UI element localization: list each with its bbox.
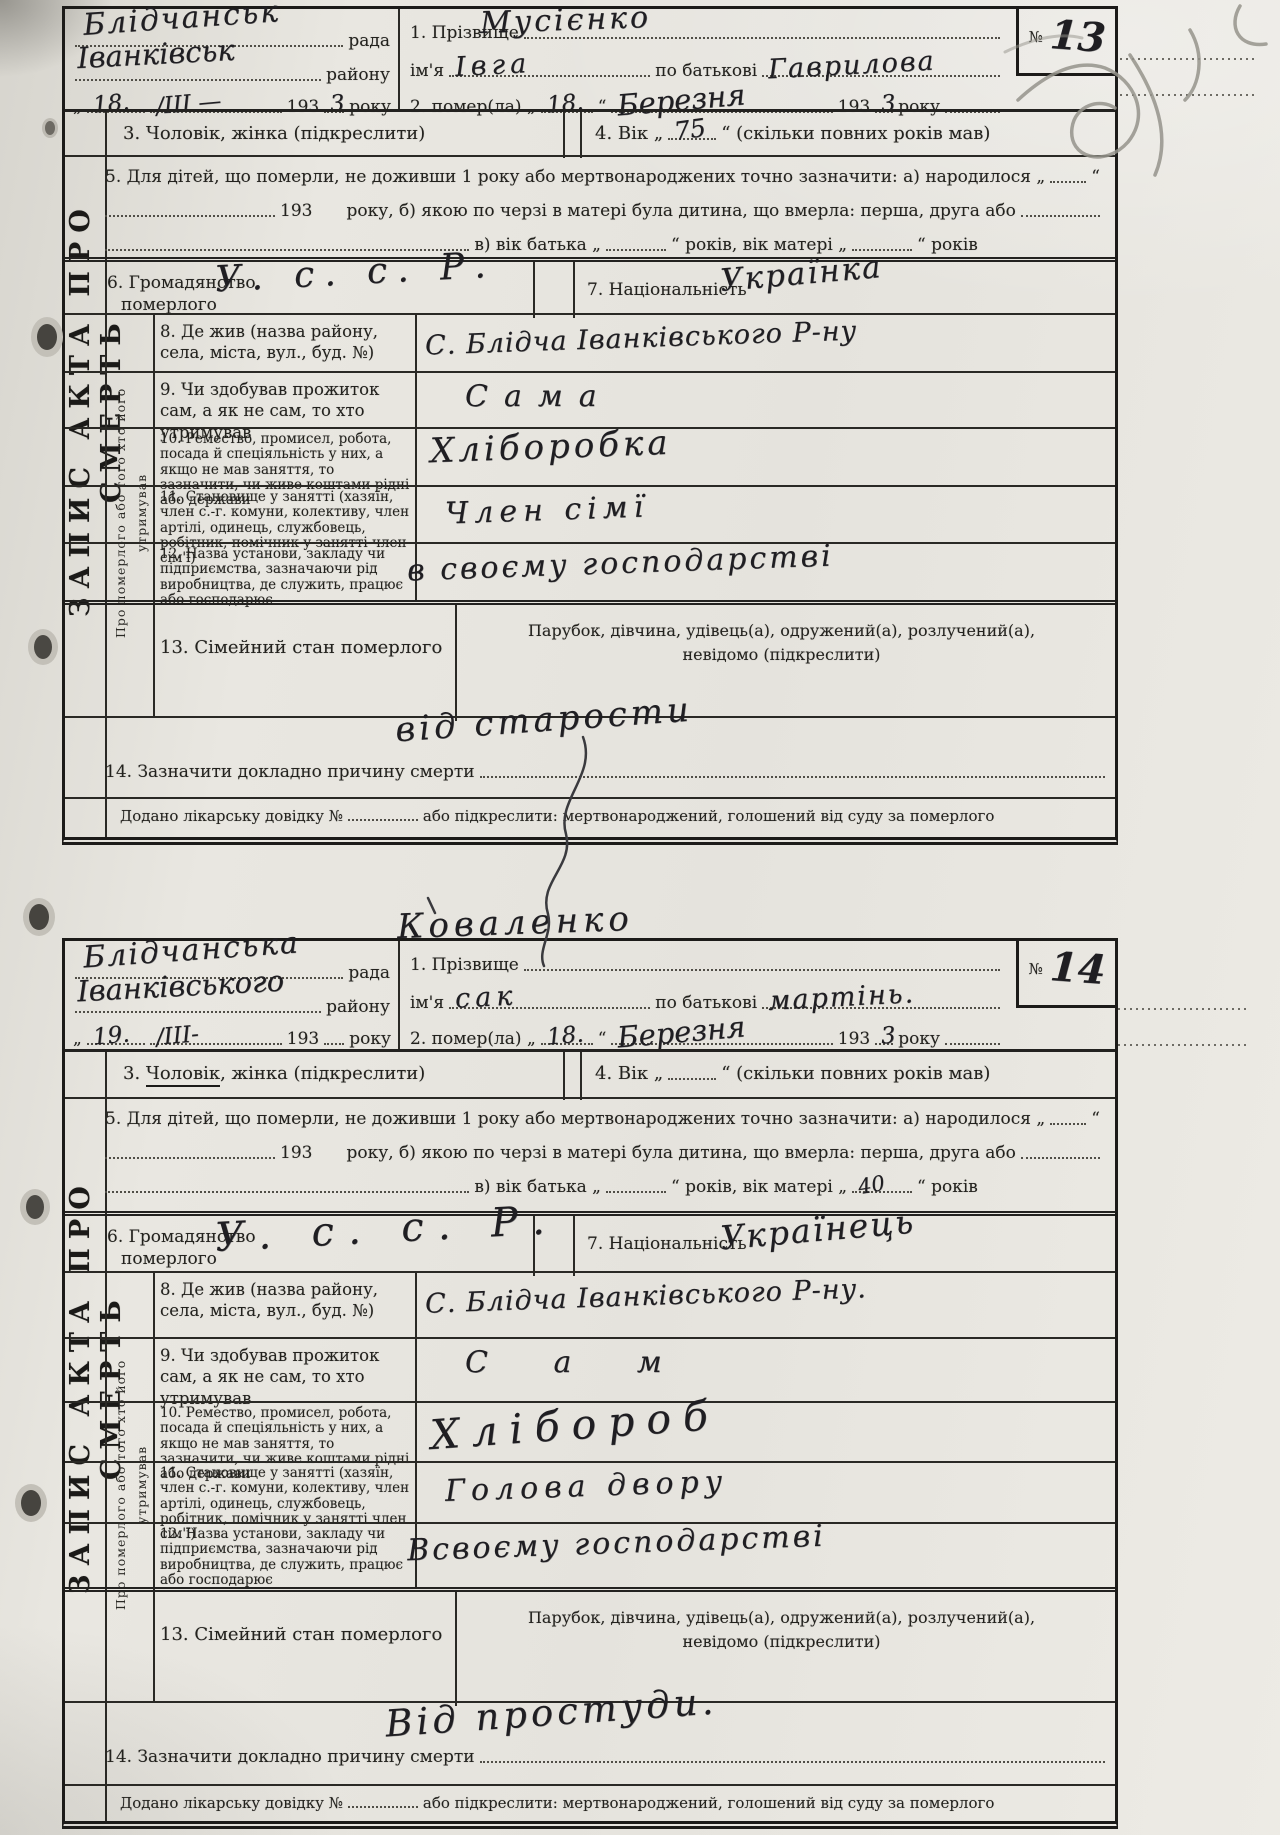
death-month-slot: Березня [611, 1041, 832, 1045]
employment-status-value: Голова двору [444, 1464, 728, 1509]
footer-line: Додано лікарську довідку № або підкресли… [120, 807, 1095, 825]
nationality-value: Українка [719, 249, 884, 299]
marital-options-line1: Парубок, дівчина, удівець(а), одружений(… [463, 1606, 1100, 1630]
district-label: району [326, 65, 390, 85]
cell-divider [455, 1592, 457, 1706]
self-support-value: Сама [465, 379, 613, 414]
death-day-slot: 18. [541, 1041, 593, 1045]
self-support-value: С а м [465, 1345, 690, 1380]
employment-status-value: Член сімї [444, 489, 649, 531]
sex-and-age-row: 3. Чоловік, жінка (підкреслити) 4. Вік „… [65, 1049, 1115, 1100]
citizenship-nationality-row: 6. Громадянство померлого У. с. с. Р. 7.… [65, 257, 1115, 318]
patronymic-value: Гаврилова [767, 46, 936, 86]
workplace-label: 12. Назва установи, закладу чи підприємс… [160, 1527, 410, 1588]
self-support-row: 9. Чи здобував прожиток сам, а як не сам… [65, 371, 1115, 429]
patronymic-slot: мартінь. [762, 1005, 1000, 1009]
infant-death-details-row: 5. Для дітей, що померли, не доживши 1 р… [65, 155, 1115, 259]
marital-status-label: 13. Сімейний стан померлого [160, 1624, 442, 1645]
marital-status-options: Парубок, дівчина, удівець(а), одружений(… [463, 1606, 1100, 1654]
age-label-post: “ (скільки повних років мав) [721, 1063, 990, 1084]
death-record-form-14: ЗАПИС АКТА ПРО СМЕРТЬ Про померлого або … [62, 938, 1118, 1829]
row5-text-b: року, б) якою по черзі в матері була дит… [346, 1143, 1015, 1163]
death-record-form-13: ЗАПИС АКТА ПРО СМЕРТЬ Про померлого або … [62, 6, 1118, 845]
reg-month-slot: /ІІІ- [150, 1041, 282, 1045]
years-label: “ років [917, 235, 978, 255]
marital-status-options: Парубок, дівчина, удівець(а), одружений(… [463, 619, 1100, 667]
year-word-label: року [898, 1029, 940, 1049]
age-line: 4. Вік „ 75 “ (скільки повних років мав) [595, 123, 1095, 144]
footer-label-pre: Додано лікарську довідку № [120, 807, 343, 825]
cell-divider [580, 1052, 582, 1100]
row5-text-b: року, б) якою по черзі в матері була дит… [346, 201, 1015, 221]
workplace-label: 12. Назва установи, закладу чи підприємс… [160, 547, 410, 608]
age-line: 4. Вік „ “ (скільки повних років мав) [595, 1063, 1095, 1084]
dotted-line [105, 1155, 275, 1159]
year-193-label: 193 [280, 1143, 312, 1163]
dotted-line [75, 77, 321, 81]
sex-line: 3. Чоловік, жінка (підкреслити) [123, 1063, 425, 1084]
footer-label-pre: Додано лікарську довідку № [120, 1794, 343, 1812]
sex-line: 3. Чоловік, жінка (підкреслити) [123, 123, 425, 144]
year-193-label: 193 [287, 1029, 319, 1049]
sex-label: 3. Чоловік, жінка (підкреслити) [123, 123, 425, 144]
mother-age-slot: 40 [852, 1189, 912, 1193]
marital-options-line2: невідомо (підкреслити) [463, 643, 1100, 667]
punch-hole-tears [15, 118, 63, 1522]
record-number-box: № 14 [1016, 938, 1118, 1008]
header-column-divider [398, 941, 400, 1049]
workplace-row: 12. Назва установи, закладу чи підприємс… [65, 1522, 1115, 1589]
quote-open: „ [73, 1029, 82, 1049]
cell-divider [573, 1216, 575, 1276]
cell-divider [533, 1216, 535, 1276]
residence-value: С. Блідча Іванківського Р-ну. [425, 1273, 868, 1319]
footer-label-post: або підкреслити: мертвонароджений, голош… [423, 807, 995, 825]
council-label: рада [348, 31, 390, 51]
dotted-line [1021, 1155, 1100, 1159]
council-label: рада [348, 963, 390, 983]
row5-line2: 193 року, б) якою по черзі в матері була… [105, 201, 1100, 221]
age-label-pre: 4. Вік „ [595, 123, 663, 144]
cell-divider [455, 605, 457, 721]
residence-row: 8. Де жив (назва району, села, міста, ву… [65, 313, 1115, 373]
male-option: Чоловік [146, 1063, 220, 1087]
row5-line2: 193 року, б) якою по черзі в матері була… [105, 1143, 1100, 1163]
dotted-line-stubs [1118, 59, 1256, 1045]
surname-label: 1. Прізвище [410, 955, 519, 975]
dotted-line [1050, 179, 1086, 183]
reg-day-value: 19. [92, 1021, 131, 1050]
age-label-post: “ (скільки повних років мав) [721, 123, 990, 144]
name-patronymic-line: ім'я Івга по батькові Гаврилова [410, 61, 1000, 81]
row5-text-a: 5. Для дітей, що померли, не доживши 1 р… [105, 1109, 1045, 1129]
died-label: 2. помер(ла) „ [410, 1029, 536, 1049]
residence-label: 8. Де жив (назва району, села, міста, ву… [160, 1279, 410, 1322]
first-name-label: ім'я [410, 993, 444, 1013]
marital-options-line1: Парубок, дівчина, удівець(а), одружений(… [463, 619, 1100, 643]
age-label-pre: 4. Вік „ [595, 1063, 663, 1084]
cause-of-death-row: 14. Зазначити докладно причину смерти Ві… [65, 1701, 1115, 1786]
surname-line: 1. Прізвище [410, 955, 1000, 975]
age-slot [668, 1076, 716, 1080]
first-name-label: ім'я [410, 61, 444, 81]
patronymic-value: мартінь. [767, 978, 915, 1017]
marital-options-line2: невідомо (підкреслити) [463, 1630, 1100, 1654]
cause-line: 14. Зазначити докладно причину смерти [105, 762, 1105, 782]
quote-close: “ [598, 1029, 607, 1049]
cell-divider [580, 112, 582, 158]
number-sign-label: № [1029, 28, 1043, 46]
dotted-line [348, 1804, 418, 1808]
employment-status-row: 11. Становище у занятті (хазяїн, член с.… [65, 485, 1115, 544]
mother-age-label: “ років, вік матері „ [671, 1177, 847, 1197]
dotted-line [480, 1759, 1105, 1763]
cell-divider [563, 1052, 565, 1100]
infant-death-details-row: 5. Для дітей, що померли, не доживши 1 р… [65, 1097, 1115, 1213]
registration-date-line: „ 19. /ІІІ- 193 року [73, 1029, 391, 1049]
quote-close: “ [1091, 167, 1100, 187]
mother-age-value: 40 [856, 1171, 886, 1199]
surname-value: Мусієнко [479, 0, 651, 41]
cell-divider [573, 262, 575, 318]
dotted-line [105, 213, 275, 217]
male-option: Чоловік [146, 123, 220, 144]
patronymic-slot: Гаврилова [762, 73, 1000, 77]
reg-day-slot: 19. [87, 1041, 145, 1045]
dotted-line [480, 774, 1105, 778]
year-193-label: 193 [838, 1029, 870, 1049]
medical-certificate-footer: Додано лікарську довідку № або підкресли… [65, 797, 1115, 839]
dotted-line [524, 967, 1000, 971]
age-slot: 75 [668, 136, 716, 140]
dotted-line [105, 1189, 469, 1193]
dotted-line [1050, 1121, 1086, 1125]
name-patronymic-line: ім'я сак по батькові мартінь. [410, 993, 1000, 1013]
record-number-value: 14 [1048, 943, 1107, 994]
reg-month-value: /ІІІ- [155, 1021, 200, 1051]
self-support-row: 9. Чи здобував прожиток сам, а як не сам… [65, 1337, 1115, 1403]
residence-value: С. Блідча Іванківського Р-ну [425, 315, 858, 361]
residence-label: 8. Де жив (назва району, села, міста, ву… [160, 321, 410, 364]
citizenship-nationality-row: 6. Громадянство померлого У. с. с. Р. 7.… [65, 1211, 1115, 1276]
row5-line1: 5. Для дітей, що померли, не доживши 1 р… [105, 1109, 1100, 1129]
employment-status-row: 11. Становище у занятті (хазяїн, член с.… [65, 1461, 1115, 1524]
sex-and-age-row: 3. Чоловік, жінка (підкреслити) 4. Вік „… [65, 109, 1115, 158]
first-name-value: Івга [454, 48, 532, 83]
district-label: району [326, 997, 390, 1017]
year-193-label: 193 [280, 201, 312, 221]
first-name-slot: Івга [449, 73, 650, 77]
father-age-label: в) вік батька „ [474, 1177, 601, 1197]
dotted-line [75, 1009, 321, 1013]
workplace-value: в своєму господарстві [407, 539, 835, 589]
father-age-slot [606, 1189, 666, 1193]
sex-label: 3. Чоловік, жінка (підкреслити) [123, 1063, 425, 1084]
cell-divider [533, 262, 535, 318]
self-support-label: 9. Чи здобував прожиток сам, а як не сам… [160, 1345, 410, 1409]
surname-value: Коваленко [396, 899, 634, 947]
workplace-row: 12. Назва установи, закладу чи підприємс… [65, 542, 1115, 602]
occupation-row: 10. Ремество, промисел, робота, посада й… [65, 1401, 1115, 1463]
medical-certificate-footer: Додано лікарську довідку № або підкресли… [65, 1784, 1115, 1823]
years-label: “ років [917, 1177, 978, 1197]
residence-row: 8. Де жив (назва району, села, міста, ву… [65, 1271, 1115, 1339]
record-number-value: 13 [1048, 11, 1107, 62]
footer-line: Додано лікарську довідку № або підкресли… [120, 1794, 1095, 1812]
occupation-value: Хлібороб [429, 1391, 722, 1459]
dotted-line [1021, 213, 1100, 217]
record-number-box: № 13 [1016, 6, 1118, 76]
form-header: рада Блідчанська району Іванківського „ … [65, 941, 1115, 1049]
scanned-death-register-page: ЗАПИС АКТА ПРО СМЕРТЬ Про померлого або … [0, 0, 1280, 1835]
cause-of-death-row: 14. Зазначити докладно причину смерти ві… [65, 716, 1115, 799]
age-value: 75 [672, 113, 708, 146]
header-column-divider [398, 9, 400, 109]
death-year-digit-slot: 3 [875, 1041, 893, 1045]
occupation-value: Хліборобка [429, 423, 672, 471]
workplace-value: Всвоєму господарстві [407, 1519, 827, 1569]
death-month-value: Березня [616, 1009, 747, 1054]
death-date-line: 2. помер(ла) „ 18. “ Березня 193 3 року [410, 1029, 1000, 1049]
first-name-value: сак [454, 980, 518, 1014]
reg-year-digit-slot [324, 1041, 344, 1045]
cause-label: 14. Зазначити докладно причину смерти [105, 762, 475, 782]
quote-close: “ [1091, 1109, 1100, 1129]
row5-text-a: 5. Для дітей, що померли, не доживши 1 р… [105, 167, 1045, 187]
dotted-line [348, 817, 418, 821]
mother-age-label: “ років, вік матері „ [671, 235, 847, 255]
row5-line1: 5. Для дітей, що померли, не доживши 1 р… [105, 167, 1100, 187]
number-sign-label: № [1029, 960, 1043, 978]
death-day-value: 18. [546, 1021, 585, 1050]
dotted-line [945, 1041, 1000, 1045]
cause-line: 14. Зазначити докладно причину смерти [105, 1747, 1105, 1767]
form-header: рада Блідчанськ району Іванківськ „ 18. … [65, 9, 1115, 109]
occupation-row: 10. Ремество, промисел, робота, посада й… [65, 427, 1115, 487]
father-age-slot [606, 247, 666, 251]
row5-line3: в) вік батька „ “ років, вік матері „ 40… [105, 1177, 1100, 1197]
death-year-digit-value: 3 [880, 1022, 897, 1049]
cause-label: 14. Зазначити докладно причину смерти [105, 1747, 475, 1767]
first-name-slot: сак [449, 1005, 650, 1009]
footer-label-post: або підкреслити: мертвонароджений, голош… [423, 1794, 995, 1812]
cell-divider [563, 112, 565, 158]
year-word-label: року [349, 1029, 391, 1049]
row5-line3: в) вік батька „ “ років, вік матері „ “ … [105, 235, 1100, 255]
marital-status-label: 13. Сімейний стан померлого [160, 637, 442, 658]
